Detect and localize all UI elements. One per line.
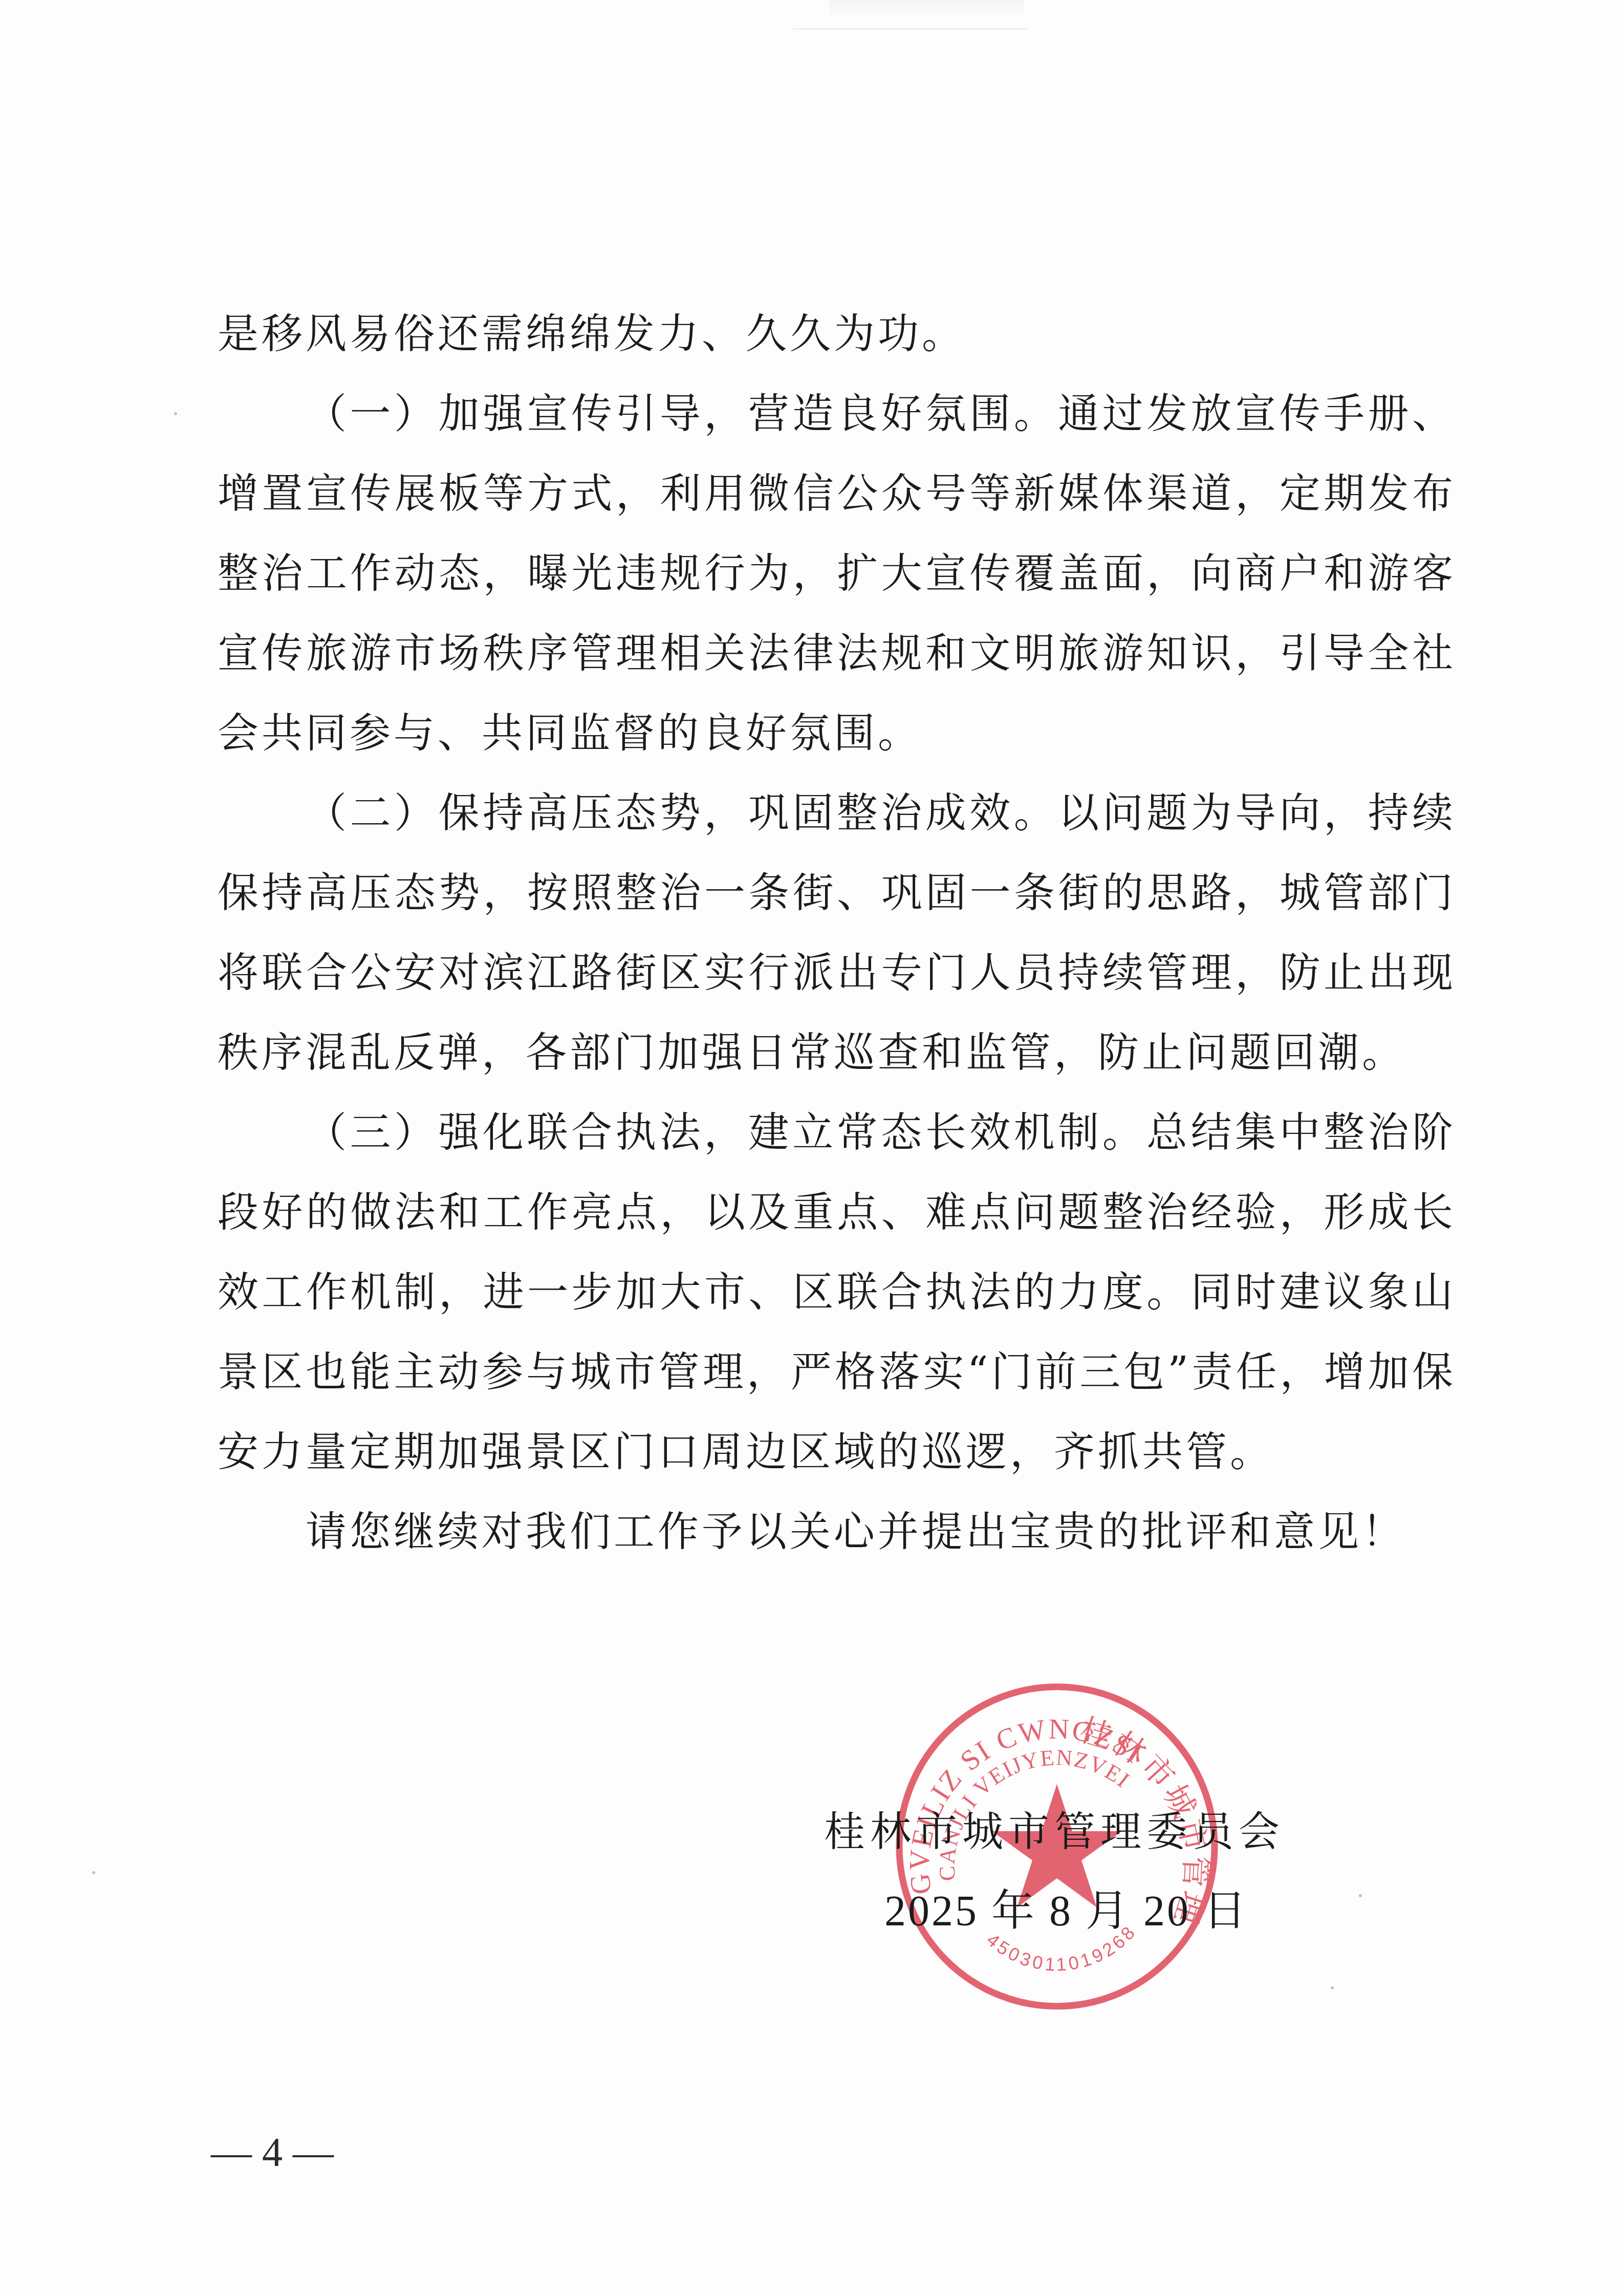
scan-speck [1331, 1986, 1334, 1989]
scan-speck [92, 1871, 95, 1874]
scan-speck [1359, 1894, 1362, 1897]
paragraph-continuation: 是移风易俗还需绵绵发力、久久为功。 [218, 294, 1456, 374]
letter-body: 是移风易俗还需绵绵发力、久久为功。 （一）加强宣传引导，营造良好氛围。通过发放宣… [218, 294, 1456, 1572]
signature-block: 桂林市城市管理委员会 2025 年 8 月 20 日 [824, 1792, 1274, 1951]
signing-date: 2025 年 8 月 20 日 [824, 1872, 1274, 1951]
document-page: 是移风易俗还需绵绵发力、久久为功。 （一）加强宣传引导，营造良好氛围。通过发放宣… [0, 0, 1624, 2296]
page-number: — 4 — [211, 2130, 334, 2176]
paragraph-joint-enforcement: （三）强化联合执法，建立常态长效机制。总结集中整治阶段好的做法和工作亮点，以及重… [218, 1092, 1456, 1492]
paragraph-high-pressure-enforcement: （二）保持高压态势，巩固整治成效。以问题为导向，持续保持高压态势，按照整治一条街… [218, 773, 1456, 1092]
scan-artifact [829, 0, 1024, 15]
paragraph-publicity-guidance: （一）加强宣传引导，营造良好氛围。通过发放宣传手册、增置宣传展板等方式，利用微信… [218, 374, 1456, 773]
paragraph-closing-request: 请您继续对我们工作予以关心并提出宝贵的批评和意见！ [218, 1492, 1456, 1572]
scan-speck [174, 412, 177, 415]
scan-artifact-line [793, 28, 1029, 30]
signing-organization: 桂林市城市管理委员会 [824, 1792, 1274, 1872]
